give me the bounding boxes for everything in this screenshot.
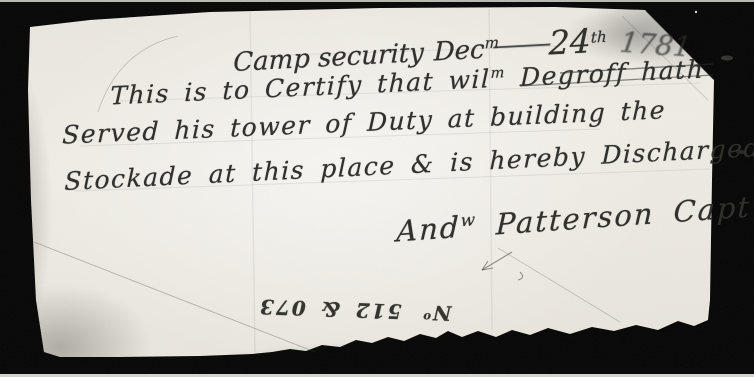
dateline-month: Dec [434, 35, 485, 68]
scan-top-border [0, 0, 754, 2]
docket-number-value: 512 & 073 [258, 295, 402, 324]
docket-no-label: N [431, 301, 452, 326]
signature-superscript: w [460, 209, 477, 230]
dateline-day: 24 [549, 21, 592, 62]
dateline-day-superscript: th [591, 28, 607, 47]
scanned-document-frame: Camp securityDecm—24th1781 This is to Ce… [0, 0, 754, 377]
certify-name-superscript: m [490, 65, 506, 82]
docket-no-superscript: o [421, 310, 431, 324]
signature-first-name: And [396, 210, 461, 249]
dateline-dash: — [490, 28, 553, 61]
